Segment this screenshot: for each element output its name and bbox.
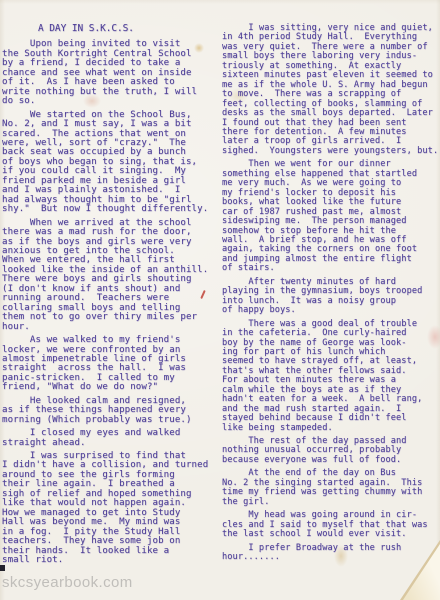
paragraph: As we walked to my friend's locker, we w… <box>2 336 220 393</box>
left-column: A DAY IN S.K.C.S. Upon being invited to … <box>2 24 220 569</box>
paragraph: My head was going around in cir- cles an… <box>222 511 440 539</box>
paragraph: At the end of the day on Bus No. 2 the s… <box>222 469 440 507</box>
scanned-document-page: A DAY IN S.K.C.S. Upon being invited to … <box>0 0 440 600</box>
paragraph: The rest of the day passed and nothing u… <box>222 437 440 465</box>
right-column: I was sitting, very nice and quiet, in 4… <box>222 24 440 566</box>
paragraph: Upon being invited to visit the South Ko… <box>2 40 220 106</box>
paragraph: Then we went for our dinner something el… <box>222 160 440 273</box>
paragraph: He looked calm and resigned, as if these… <box>2 397 220 425</box>
watermark: skcsyearbook.com <box>2 574 133 591</box>
paragraph: I was surprised to find that I didn't ha… <box>2 452 220 565</box>
paragraph: I was sitting, very nice and quiet, in 4… <box>222 24 440 156</box>
paragraph: There was a good deal of trouble in the … <box>222 320 440 433</box>
paragraph: When we arrived at the school there was … <box>2 219 220 332</box>
paragraph: After twenty minutes of hard playing in … <box>222 278 440 316</box>
article-title: A DAY IN S.K.C.S. <box>38 24 220 33</box>
paragraph: We started on the School Bus, No. 2, and… <box>2 111 220 215</box>
ink-blot-mark <box>0 565 5 571</box>
paragraph: I closed my eyes and walked straight ahe… <box>2 429 220 448</box>
paragraph: I prefer Broadway at the rush hour......… <box>222 544 440 563</box>
